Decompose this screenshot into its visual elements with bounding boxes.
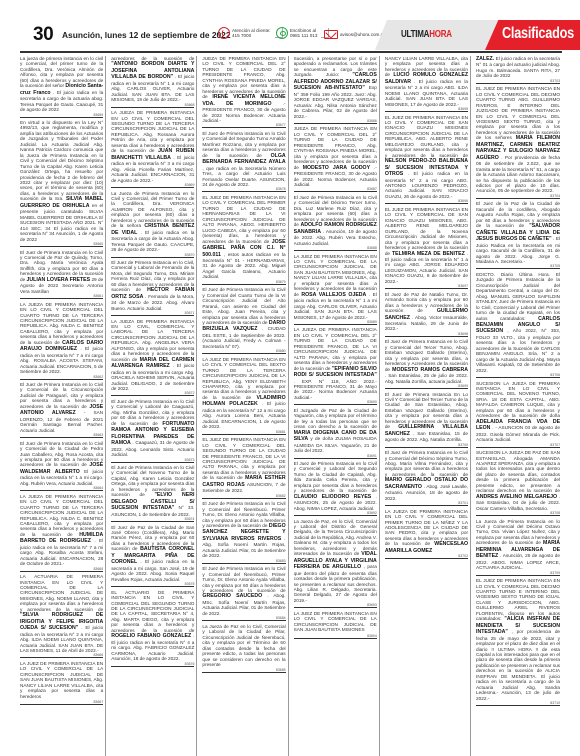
- notice-text: EL JUEZ DE PRIMERA INSTANCIA EN LO CIVIL…: [385, 207, 468, 256]
- phone-icon: [218, 27, 230, 39]
- notice-code: 83696: [385, 199, 468, 204]
- notice-code: 83695: [385, 107, 468, 112]
- notice-text: LA JUEZA DE PRIMERA INSTANCIA EN LO CIVI…: [20, 302, 103, 345]
- legal-notice: El Juez de Primera Instancia en lo Civil…: [202, 287, 285, 356]
- notice-code: 83686: [294, 119, 377, 124]
- notice-text: LA JUEZ DE PRIMERA INSTANCIA EN LO CIVIL…: [294, 254, 377, 297]
- legal-notice: SUCESION LA JUEZA DE PAZ DE SAN ESTANISL…: [476, 450, 560, 518]
- notice-text: LA JUEZ DE PRIMERA INSTANCIA EN LO CIVIL…: [202, 357, 285, 400]
- legal-notice: acreedores de la sucesión de "ANTONIO BO…: [111, 56, 194, 110]
- legal-notice: El Juez de Primera Instancia en lo Civil…: [111, 465, 194, 525]
- legal-notice: El Juez de Primera Instancia en lo Civil…: [20, 250, 103, 302]
- legal-notice: LA JUEZ DE PRIMERA INSTANCIA EN LO CIVIL…: [294, 254, 377, 328]
- notice-code: 83681: [202, 430, 285, 435]
- notice-code: 83685: [202, 668, 285, 673]
- notice-code: 83688: [294, 246, 377, 251]
- notice-code: 83706: [476, 373, 560, 378]
- column-4: Sucesión, a presentarse por sí o por apo…: [294, 56, 380, 756]
- notice-text: En virtud a lo dispuesto en la Ley N° 49…: [20, 120, 103, 201]
- notice-text: LA JUEZ DE PRIMERA INSTANCIA EN LO CIVIL…: [294, 611, 377, 632]
- notice-text: LA JUEZ DE PRIMERA INSTANCIA EN LO CIVIL…: [20, 661, 103, 699]
- legal-notice: EL JUEZ DE PRIMERA INSTANCIA EN LO CIVIL…: [202, 195, 285, 287]
- notice-code: 83660: [20, 242, 103, 247]
- column-6: ZALEZ. El juicio radica en la secretaría…: [476, 56, 562, 756]
- legal-notice: El Juez de Primera Instancia en lo Civil…: [111, 260, 194, 319]
- legal-notice: EL JUEZ DE PRIMERA INSTANCIA EN LO CIVIL…: [202, 437, 285, 501]
- notice-code: 83671: [111, 311, 194, 316]
- legal-notice: LA JUEZ DE PRIMERA INSTANCIA EN LO CIVIL…: [202, 357, 285, 437]
- legal-notice: EDICTO. Diario Última Hora. El Juzgado d…: [476, 272, 560, 381]
- notice-code: 83691: [294, 454, 377, 459]
- notice-code: 83676: [111, 662, 194, 667]
- deceased-name: JULIAN LOVERA FRETES: [27, 277, 91, 283]
- notice-text: LA JUEZA DE PRIMERA INSTANCIA EN LO CIVI…: [20, 494, 103, 537]
- deceased-name: ANDRES AVELINO MELGAREJO: [476, 494, 557, 500]
- legal-notice: El Juez de Primera Instancia en lo Civil…: [294, 195, 377, 254]
- notice-text-tail: . EXP. N° 118, AÑO 2022.- PRESIDENTE FRA…: [294, 379, 377, 400]
- notice-code: 83675: [111, 582, 194, 587]
- brand-banner: ULTIMAHORA Clasificados: [375, 20, 580, 50]
- legal-notice: El Juez de Paz de Natalio Turno, Dr. Arm…: [385, 292, 468, 340]
- legal-notice: El Juez de Primera Instancia en lo Civil…: [294, 461, 377, 519]
- column-2: acreedores de la sucesión de "ANTONIO BO…: [111, 56, 197, 756]
- notice-code: 83707: [476, 443, 560, 448]
- legal-notice: SUCESION LA JUEZA DE PRIMERA INSTANCIA E…: [476, 381, 560, 450]
- whatsapp-icon: [276, 27, 288, 39]
- header-rule: [20, 51, 562, 53]
- legal-notice: El Juez de la Paz de la Ciudad de Itacur…: [476, 201, 560, 271]
- deceased-name: GREGORIO SAUCEDO: [202, 593, 262, 599]
- notice-text: El Juez de Primera Instancia en lo Civil…: [385, 450, 468, 477]
- legal-notice: Sucesión, a presentarse por sí o por apo…: [294, 56, 377, 126]
- contact-value: 415 7000: [232, 33, 251, 38]
- legal-notice: EL JUEZ DE PRIMERA INSTANCIA EN LO CIVIL…: [476, 86, 560, 201]
- notice-code: 83682: [202, 494, 285, 499]
- legal-notice: La Jueza de Paz en lo Civil, Comercial y…: [202, 624, 285, 676]
- page-header: 30 Asunción, lunes 12 de septiembre de 2…: [0, 20, 580, 50]
- legal-notice: JUEZA DE PRIMERA INSTANCIA EN LO CIVIL Y…: [202, 56, 285, 131]
- notice-text: SUCESION LA JUEZA DE PRIMERA INSTANCIA E…: [476, 381, 560, 419]
- notice-code: 83692: [294, 511, 377, 516]
- notice-code: 83687: [294, 187, 377, 192]
- legal-notice: LA JUEZ DE PRIMERA INSTANCIA EN LO CIVIL…: [20, 661, 103, 708]
- notice-code: 83672: [111, 391, 194, 396]
- notice-code: 83684: [202, 616, 285, 621]
- notice-code: 83694: [294, 634, 377, 639]
- contact-whatsapp[interactable]: Escribinos al0981 111 013: [276, 27, 329, 39]
- legal-notice: En virtud a lo dispuesto en la Ley N° 49…: [20, 120, 103, 249]
- notice-code: 83665: [20, 567, 103, 572]
- notice-code: 83666: [20, 653, 103, 658]
- legal-notice: LA JUEZA DE PRIMERA INSTANCIA EN LO CIVI…: [385, 509, 468, 562]
- notice-text: EL JUEZ DE PRIMERA INSTANCIA EN LO CIVIL…: [202, 195, 285, 244]
- notice-code: 83700: [385, 443, 468, 448]
- notice-code: 83697: [385, 284, 468, 289]
- legal-notice: LA JUEZ DE PRIMERA INSTANCIA EN LO CIVIL…: [294, 611, 377, 641]
- notice-text: EL ACTUARIO DE PRIMERA INSTANCIA EN LO C…: [111, 590, 194, 633]
- notice-text-tail: , que radica en la Secretaría Número Tre…: [202, 166, 285, 187]
- column-5: NANCY LILIAN LARRE VILLALBA, cita y empl…: [385, 56, 471, 756]
- notice-text: El Juzgado de Paz de la Ciudad de Yaguar…: [294, 408, 377, 429]
- legal-notice: La jueza de primera instancia en lo civi…: [20, 56, 103, 120]
- notice-code: 83710: [476, 701, 560, 706]
- legal-notice: La Jueza de Primera Instancia en lo Civi…: [111, 191, 194, 260]
- column-1: La jueza de primera instancia en lo civi…: [20, 56, 106, 756]
- legal-notice: LA JUEZA DE PRIMERA INSTANCIA EN LO CIVI…: [111, 110, 194, 190]
- legal-notice: El Juez de Primera Instancia en lo Civil…: [20, 441, 103, 494]
- notice-code: 83679: [202, 280, 285, 285]
- notice-text: EDICTO. Diario Última Hora. El Juzgado d…: [476, 272, 560, 321]
- notice-code: 83709: [476, 571, 560, 576]
- notice-code: 83689: [294, 320, 377, 325]
- mail-icon: [324, 30, 338, 39]
- publication-date: Asunción, lunes 12 de septiembre de 2022: [62, 30, 231, 40]
- notice-text: LA JUEZA DE PRIMERA INSTANCIA EN LO CIVI…: [111, 319, 194, 362]
- notice-text: EL JUEZ DE PRIMERA INSTANCIA EN LO CIVIL…: [385, 115, 468, 158]
- notice-code: 83664: [20, 486, 103, 491]
- deceased-name: ZALEZ.: [476, 56, 494, 62]
- notice-text-tail: , Año 2022, N° 353, FOLIO 33 VLTO., cita…: [476, 328, 560, 372]
- notice-code: 83702: [385, 554, 468, 559]
- contact-label: Escribinos al: [290, 28, 316, 33]
- notice-code: 83659: [20, 113, 103, 118]
- notice-text: EL JUEZ DE PRIMERA INSTANCIA EN LO CIVIL…: [476, 86, 560, 140]
- notice-code: 83662: [20, 375, 103, 380]
- notice-code: 83704: [476, 194, 560, 199]
- deceased-name: ROGELIO FABIANO GONZALEZ: [111, 633, 191, 639]
- legal-notice: El Juez de Primera Instancia en lo Civil…: [385, 450, 468, 509]
- deceased-name: IRENE VICENTA MELLONE VDA. DE MORINIGO: [202, 94, 285, 106]
- notice-code: 83661: [20, 294, 103, 299]
- notice-code: 83705: [476, 264, 560, 269]
- legal-notice: El Juez de Primera Instancia en lo Civil…: [385, 339, 468, 391]
- notice-code: 83678: [202, 187, 285, 192]
- notice-code: 83698: [385, 332, 468, 337]
- notice-text: JUEZA DE PRIMERA INSTANCIA EN LO CIVIL Y…: [294, 126, 377, 169]
- deceased-name: CLAUDIO ELIODORO REYES: [294, 494, 372, 500]
- legal-notice: JUEZA DE PRIMERA INSTANCIA EN LO CIVIL Y…: [294, 126, 377, 194]
- notice-text: El Juez de Primera Instancia en lo Civil…: [202, 566, 285, 593]
- legal-notice: LA JUEZA DE PRIMERA INSTANCIA EN LO CIVI…: [20, 302, 103, 382]
- notice-text: JUEZA DE PRIMERA INSTANCIA EN LO CIVIL Y…: [202, 56, 285, 99]
- notice-code: 83683: [202, 559, 285, 564]
- notice-text: LA ACTUARIA DE PRIMERA INSTANCIA EN LO C…: [20, 574, 103, 612]
- page-number: 30: [33, 24, 53, 46]
- notice-text: acreedores de la sucesión de: [111, 56, 194, 61]
- notice-text-tail: . San Estanislao, 25 de julio de 2022. A…: [385, 373, 468, 383]
- notice-code: 83677: [202, 123, 285, 128]
- notice-text-tail: . Por providencia de fecha 06 de setiemb…: [476, 155, 560, 194]
- legal-notice: LA JUEZA DE PRIMERA INSTANCIA EN LO CIVI…: [20, 494, 103, 574]
- legal-notice: NANCY LILIAN LARRE VILLALBA, cita y empl…: [385, 56, 468, 115]
- legal-notice: LA JUEZA DE PRIMERA INSTANCIA EN LO CIVI…: [294, 327, 377, 407]
- notice-text: LA JUEZA DE PRIMERA INSTANCIA EN LO CIVI…: [294, 327, 377, 370]
- legal-notice: El Juzgado de Paz de la Ciudad de Yaguar…: [294, 408, 377, 461]
- legal-notice: LA ACTUARIA DE PRIMERA INSTANCIA EN LO C…: [20, 574, 103, 661]
- notice-text: El Juez de Primera Instancia en lo Civil…: [294, 461, 377, 493]
- notice-code: 83690: [294, 400, 377, 405]
- notice-text-tail: , por providencia de fecha 25 de mayo de…: [476, 629, 560, 700]
- notice-text: EL JUEZ DE PRIMERA INSTANCIA EN LO CIVIL…: [202, 437, 285, 480]
- legal-notice: El Juez de Primera Instancia en lo Civil…: [202, 131, 285, 195]
- deceased-name: MODESTO JARA GODOY: [303, 165, 370, 171]
- notice-code: 83708: [476, 511, 560, 516]
- legal-notice: EL JUEZ DE PRIMERA INSTANCIA EN LO CIVIL…: [476, 578, 560, 708]
- deceased-name: TELMIRA MEZA DE BENITEZ: [392, 251, 465, 257]
- legal-notice: El Juez de Primera Instancia en lo Civil…: [202, 501, 285, 566]
- notice-code: 83693: [294, 603, 377, 608]
- legal-notice: La Jueza de Primera Instancia en lo Civi…: [476, 519, 560, 579]
- column-3: JUEZA DE PRIMERA INSTANCIA EN LO CIVIL Y…: [202, 56, 288, 756]
- notice-code: 83699: [385, 384, 468, 389]
- notice-code: 83667: [20, 700, 103, 705]
- contact-label: Atención al cliente:: [232, 28, 271, 33]
- notice-code: 83670: [111, 253, 194, 258]
- notice-code: 83663: [20, 433, 103, 438]
- legal-notice: EL ACTUARIO DE PRIMERA INSTANCIA EN LO C…: [111, 590, 194, 669]
- notice-text-tail: , para que dentro del plazo de sesenta d…: [294, 564, 377, 603]
- notice-text: SUCESION LA JUEZA DE PAZ DE SAN ESTANISL…: [476, 450, 560, 493]
- legal-notice: La Jueza de Paz, en lo Civil, Comercial …: [294, 519, 377, 611]
- newspaper-logo: ULTIMAHORA: [401, 29, 452, 40]
- legal-notice: LA JUEZA DE PRIMERA INSTANCIA EN LO CIVI…: [111, 319, 194, 399]
- notice-code: 83669: [111, 183, 194, 188]
- deceased-name: MODESTO RAMOS CABRERA: [392, 367, 468, 373]
- notice-text: La Jueza de Paz en lo Civil, Comercial y…: [202, 624, 285, 667]
- classifieds-columns: La jueza de primera instancia en lo civi…: [20, 56, 562, 756]
- notice-text: LA JUEZA DE PRIMERA INSTANCIA EN LO CIVI…: [111, 110, 194, 153]
- contact-customer-service[interactable]: Atención al cliente:415 7000: [218, 27, 283, 39]
- legal-notice: EL JUEZ DE PRIMERA INSTANCIA EN LO CIVIL…: [385, 207, 468, 292]
- notice-code: 83673: [111, 458, 194, 463]
- legal-notice: El Juez de Paz de la Ciudad de San José …: [111, 525, 194, 590]
- legal-notice: El Juez de Primera Instancia en lo Civil…: [111, 399, 194, 465]
- section-title: Clasificados: [502, 25, 574, 43]
- notice-code: 83701: [385, 501, 468, 506]
- notice-text: EL JUEZ DE PRIMERA INSTANCIA EN LO CIVIL…: [476, 578, 560, 621]
- legal-notice: El Juez de Primera Instancia en lo Civil…: [20, 382, 103, 441]
- notice-text-tail: en el presente juicio caratulado SILVIA …: [20, 203, 103, 242]
- contact-value: 0981 111 013: [290, 33, 317, 38]
- notice-code: 83703: [476, 79, 560, 84]
- deceased-name: ROSA VALLEJOS OJEDA: [301, 292, 366, 298]
- notice-code: 83680: [202, 349, 285, 354]
- notice-code: 83668: [111, 103, 194, 108]
- notice-code: 83674: [111, 517, 194, 522]
- legal-notice: El Juez de Primera Instancia En Lo Civil…: [385, 392, 468, 451]
- legal-notice: ZALEZ. El juicio radica en la secretaría…: [476, 56, 560, 86]
- legal-notice: El Juez de Primera Instancia en lo Civil…: [202, 566, 285, 624]
- legal-notice: EL JUEZ DE PRIMERA INSTANCIA EN LO CIVIL…: [385, 115, 468, 207]
